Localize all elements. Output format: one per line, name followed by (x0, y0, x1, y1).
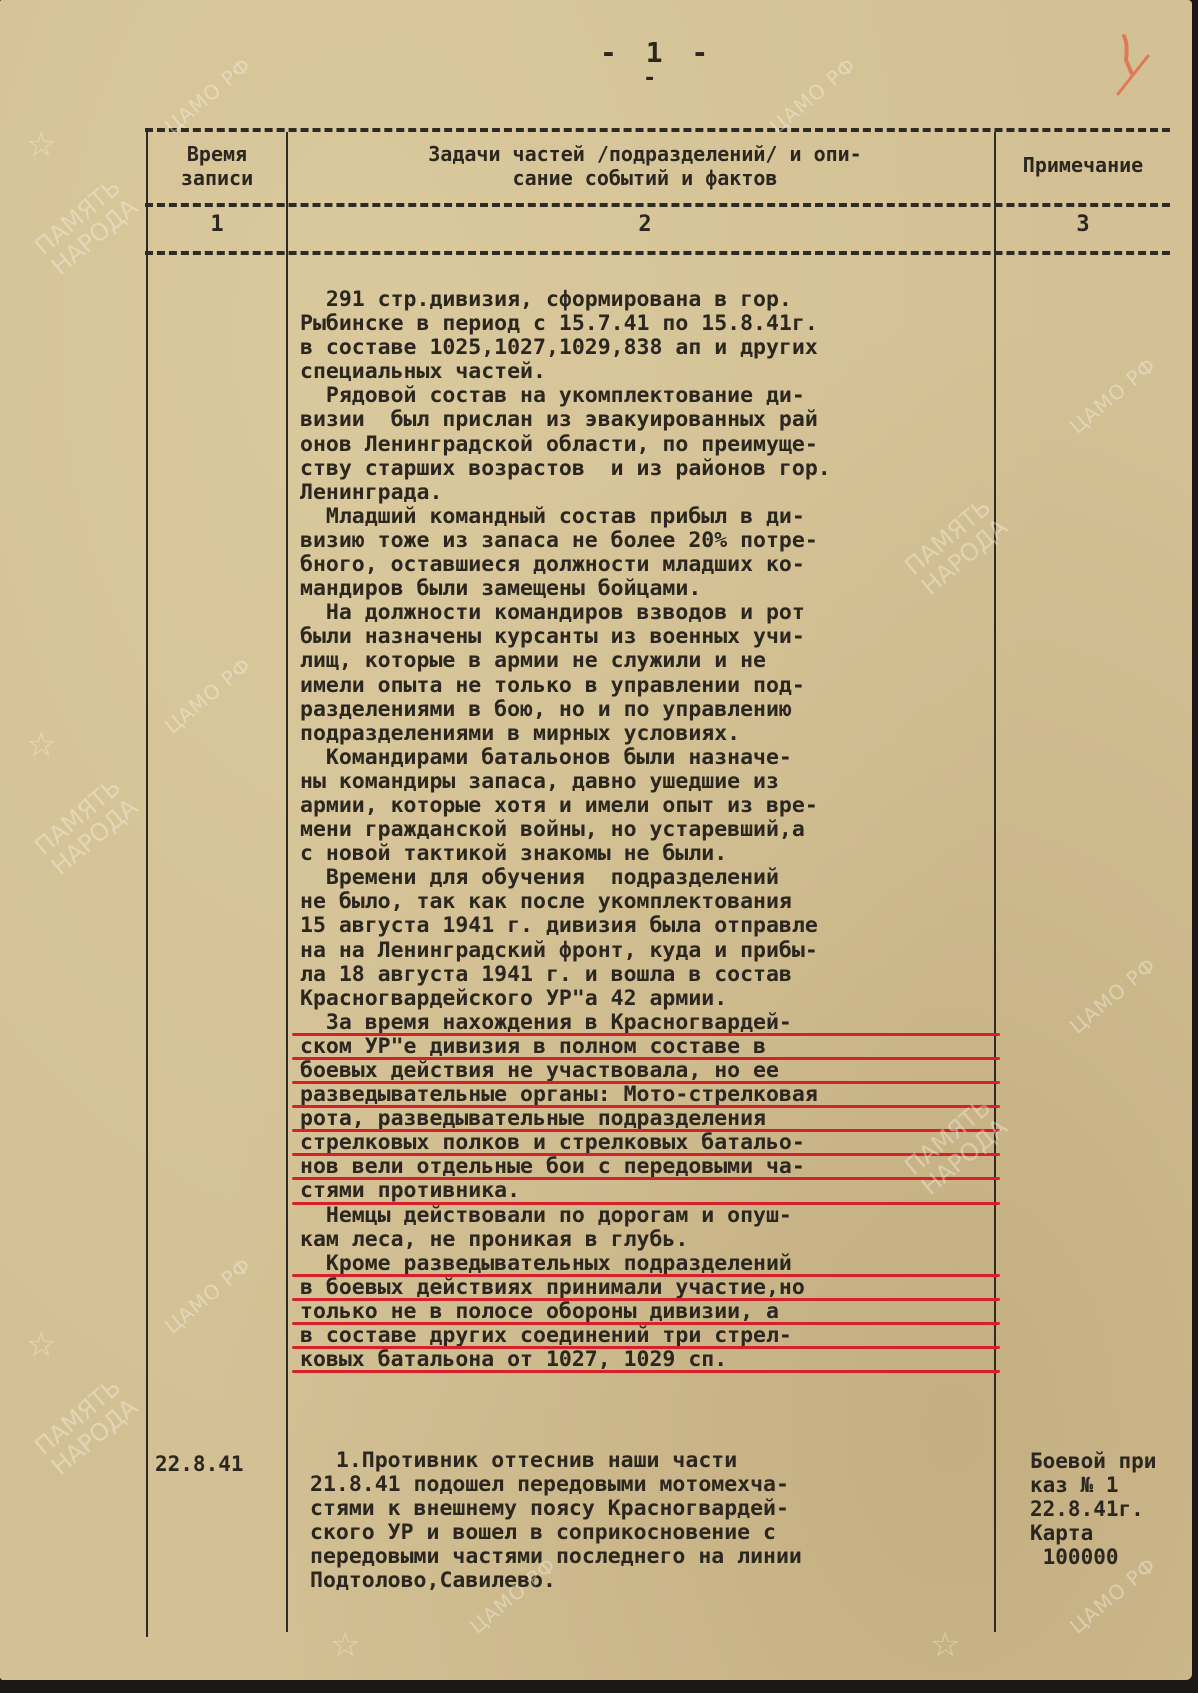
table-top-rule (145, 128, 1170, 132)
star-icon: ☆ (330, 1625, 360, 1665)
header-time-of-record: Время записи (150, 142, 284, 190)
narrative-line: не было, так как после укомплектования (300, 890, 990, 914)
narrative-line: Рыбинске в период с 15.7.41 по 15.8.41г. (300, 312, 990, 336)
archive-document-page: - 1 - - Время записи Задачи частей /подр… (0, 0, 1192, 1680)
narrative-line-underlined: ском УР"е дивизия в полном составе в (300, 1035, 990, 1059)
entry-line: 1.Противник оттеснив наши части (310, 1449, 990, 1473)
watermark-project: ПАМЯТЬНАРОДА (30, 1374, 142, 1480)
page-dash: - (643, 66, 656, 91)
narrative-line: специальных частей. (300, 360, 990, 384)
header-note: Примечание (996, 153, 1170, 177)
narrative-line: в составе 1025,1027,1029,838 ап и других (300, 336, 990, 360)
narrative-line: онов Ленинградской области, по преимуще- (300, 433, 990, 457)
star-icon: ☆ (26, 125, 56, 165)
narrative-line-underlined: в боевых действиях принимали участие,но (300, 1276, 990, 1300)
narrative-line-underlined: только не в полосе обороны дивизии, а (300, 1300, 990, 1324)
star-icon: ☆ (26, 1325, 56, 1365)
narrative-line: На должности командиров взводов и рот (300, 601, 990, 625)
entry-date: 22.8.41 (155, 1452, 244, 1476)
column-number-1: 1 (150, 212, 284, 237)
narrative-line: кам леса, не проникая в глубь. (300, 1228, 990, 1252)
pencil-mark-icon (1110, 30, 1150, 100)
narrative-line: ству старших возрастов и из районов гор. (300, 457, 990, 481)
column-rule-2 (286, 132, 288, 1632)
entry-text: 1.Противник оттеснив наши части21.8.41 п… (310, 1449, 990, 1594)
watermark-line: НАРОДА (47, 794, 143, 880)
narrative-line: бного, оставшиеся должности младших ко- (300, 553, 990, 577)
narrative-line: были назначены курсанты из военных учи- (300, 625, 990, 649)
narrative-line: с новой тактикой знакомы не были. (300, 842, 990, 866)
narrative-line: Ленинграда. (300, 481, 990, 505)
watermark-archive: ЦАМО РФ (765, 53, 861, 139)
narrative-line: 291 стр.дивизия, сформирована в гор. (300, 288, 990, 312)
watermark-line: НАРОДА (47, 194, 143, 280)
column-number-rule (145, 251, 1170, 255)
narrative-line-underlined: рота, разведывательные подразделения (300, 1107, 990, 1131)
narrative-line: Немцы действовали по дорогам и опуш- (300, 1204, 990, 1228)
narrative-text: 291 стр.дивизия, сформирована в гор.Рыби… (300, 288, 990, 1372)
narrative-line: армии, которые хотя и имели опыт из вре- (300, 794, 990, 818)
watermark-line: ПАМЯТЬ (30, 774, 126, 860)
header-col2-line1: Задачи частей /подразделений/ и опи- (300, 142, 990, 166)
narrative-line-underlined: нов вели отдельные бои с передовыми ча- (300, 1155, 990, 1179)
narrative-line: Времени для обучения подразделений (300, 866, 990, 890)
watermark-archive: ЦАМО РФ (160, 1253, 256, 1339)
entry-line: 21.8.41 подошел передовыми мотомехча- (310, 1473, 990, 1497)
narrative-line: ны командиры запаса, давно ушедшие из (300, 770, 990, 794)
note-line: 22.8.41г. (1030, 1497, 1195, 1521)
narrative-line: Красногвардейского УР"а 42 армии. (300, 987, 990, 1011)
header-col1-line2: записи (150, 166, 284, 190)
watermark-archive: ЦАМО РФ (160, 53, 256, 139)
entry-line: передовыми частями последнего на линии (310, 1545, 990, 1569)
narrative-line: на на Ленинградский фронт, куда и прибы- (300, 939, 990, 963)
narrative-line-underlined: боевых действия не участвовала, но ее (300, 1059, 990, 1083)
narrative-line: Рядовой состав на укомплектование ди- (300, 384, 990, 408)
entry-line: ского УР и вошел в соприкосновение с (310, 1521, 990, 1545)
narrative-line: имели опыта не только в управлении под- (300, 674, 990, 698)
watermark-archive: ЦАМО РФ (1065, 953, 1161, 1039)
watermark-archive: ЦАМО РФ (1065, 353, 1161, 439)
narrative-line-underlined: стрелковых полков и стрелковых батальо- (300, 1131, 990, 1155)
narrative-line: мандиров были замещены бойцами. (300, 577, 990, 601)
narrative-line: визию тоже из запаса не более 20% потре- (300, 529, 990, 553)
narrative-line-underlined: ковых батальона от 1027, 1029 сп. (300, 1348, 990, 1372)
page-number: - 1 - (600, 36, 714, 69)
narrative-line-underlined: стями противника. (300, 1179, 990, 1203)
entry-note: Боевой приказ № 122.8.41г.Карта 100000 (1030, 1449, 1195, 1569)
watermark-archive: ЦАМО РФ (160, 653, 256, 739)
note-line: каз № 1 (1030, 1473, 1195, 1497)
column-number-2: 2 (300, 212, 990, 237)
entry-line: Подтолово,Савилево. (310, 1569, 990, 1593)
narrative-line: Младший командный состав прибыл в ди- (300, 505, 990, 529)
watermark-project: ПАМЯТЬНАРОДА (30, 774, 142, 880)
narrative-line: мени гражданской войны, но устаревший,а (300, 818, 990, 842)
entry-line: стями к внешнему поясу Красногвардей- (310, 1497, 990, 1521)
note-line: 100000 (1030, 1545, 1195, 1569)
narrative-line: визии был прислан из эвакуированных рай (300, 408, 990, 432)
header-divider-rule (145, 203, 1170, 207)
watermark-line: ПАМЯТЬ (30, 1374, 126, 1460)
header-col1-line1: Время (150, 142, 284, 166)
header-tasks-and-events: Задачи частей /подразделений/ и опи- сан… (300, 142, 990, 190)
narrative-line-underlined: Кроме разведывательных подразделений (300, 1252, 990, 1276)
star-icon: ☆ (930, 1625, 960, 1665)
narrative-line: разделениями в бою, но и по управлению (300, 698, 990, 722)
narrative-line: 15 августа 1941 г. дивизия была отправле (300, 914, 990, 938)
narrative-line-underlined: За время нахождения в Красногвардей- (300, 1011, 990, 1035)
narrative-line: подразделениями в мирных условиях. (300, 722, 990, 746)
note-line: Боевой при (1030, 1449, 1195, 1473)
header-col2-line2: сание событий и фактов (300, 166, 990, 190)
star-icon: ☆ (26, 725, 56, 765)
column-rule-3 (994, 132, 996, 1632)
note-line: Карта (1030, 1521, 1195, 1545)
watermark-line: НАРОДА (47, 1394, 143, 1480)
narrative-line-underlined: разведывательные органы: Мото-стрелковая (300, 1083, 990, 1107)
column-rule-1 (146, 132, 148, 1637)
narrative-line-underlined: в составе других соединений три стрел- (300, 1324, 990, 1348)
narrative-line: ла 18 августа 1941 г. и вошла в состав (300, 963, 990, 987)
watermark-project: ПАМЯТЬНАРОДА (30, 174, 142, 280)
narrative-line: лищ, которые в армии не служили и не (300, 649, 990, 673)
column-number-3: 3 (996, 212, 1170, 237)
narrative-line: Командирами батальонов были назначе- (300, 746, 990, 770)
watermark-line: ПАМЯТЬ (30, 174, 126, 260)
